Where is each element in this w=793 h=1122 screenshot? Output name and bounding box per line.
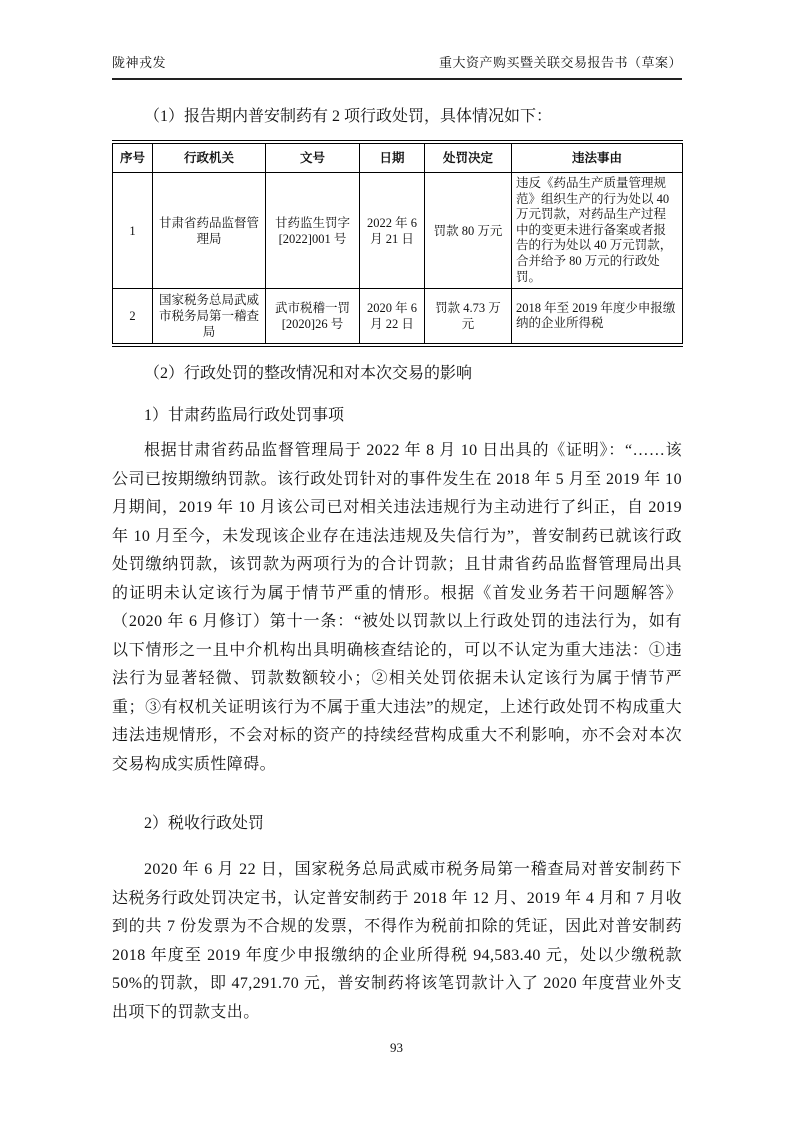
table-row: 2 国家税务总局武威市税务局第一稽查局 武市税稽一罚[2020]26 号 202… (113, 289, 683, 346)
cell-decision: 罚款 4.73 万元 (425, 289, 512, 346)
table-header-row: 序号 行政机关 文号 日期 处罚决定 违法事由 (113, 142, 683, 173)
document-page: 陇神戎发 重大资产购买暨关联交易报告书（草案） （1）报告期内普安制药有 2 项… (0, 0, 793, 1122)
table-row: 1 甘肃省药品监督管理局 甘药监生罚字[2022]001 号 2022 年 6 … (113, 173, 683, 289)
col-header-decision: 处罚决定 (425, 142, 512, 173)
cell-violation: 2018 年至 2019 年度少申报缴纳的企业所得税 (512, 289, 683, 346)
subsection-heading-tax-penalty: 2）税收行政处罚 (112, 810, 682, 838)
subsection-heading-gansu-penalty: 1）甘肃药监局行政处罚事项 (112, 402, 682, 430)
cell-authority: 国家税务总局武威市税务局第一稽查局 (153, 289, 266, 346)
cell-index: 1 (113, 173, 153, 289)
page-number: 93 (0, 1040, 793, 1056)
header-report-title: 重大资产购买暨关联交易报告书（草案） (439, 52, 682, 71)
header-company-name: 陇神戎发 (112, 52, 166, 71)
cell-authority: 甘肃省药品监督管理局 (153, 173, 266, 289)
cell-index: 2 (113, 289, 153, 346)
penalty-table: 序号 行政机关 文号 日期 处罚决定 违法事由 1 甘肃省药品监督管理局 甘药监… (112, 140, 683, 347)
cell-doc-number: 武市税稽一罚[2020]26 号 (266, 289, 360, 346)
col-header-violation: 违法事由 (512, 142, 683, 173)
cell-violation: 违反《药品生产质量管理规范》组织生产的行为处以 40 万元罚款，对药品生产过程中… (512, 173, 683, 289)
paragraph-gansu-penalty: 根据甘肃省药品监督管理局于 2022 年 8 月 10 日出具的《证明》：“……… (112, 437, 682, 779)
col-header-doc-number: 文号 (266, 142, 360, 173)
cell-date: 2022 年 6 月 21 日 (360, 173, 425, 289)
col-header-index: 序号 (113, 142, 153, 173)
intro-line: （1）报告期内普安制药有 2 项行政处罚，具体情况如下： (112, 105, 682, 129)
col-header-authority: 行政机关 (153, 142, 266, 173)
cell-decision: 罚款 80 万元 (425, 173, 512, 289)
section-heading-rectification: （2）行政处罚的整改情况和对本次交易的影响 (112, 360, 682, 388)
paragraph-tax-penalty: 2020 年 6 月 22 日，国家税务总局武威市税务局第一稽查局对普安制药下达… (112, 856, 682, 1027)
page-content: 陇神戎发 重大资产购买暨关联交易报告书（草案） （1）报告期内普安制药有 2 项… (112, 0, 682, 1027)
col-header-date: 日期 (360, 142, 425, 173)
running-header: 陇神戎发 重大资产购买暨关联交易报告书（草案） (112, 0, 682, 80)
cell-doc-number: 甘药监生罚字[2022]001 号 (266, 173, 360, 289)
cell-date: 2020 年 6 月 22 日 (360, 289, 425, 346)
